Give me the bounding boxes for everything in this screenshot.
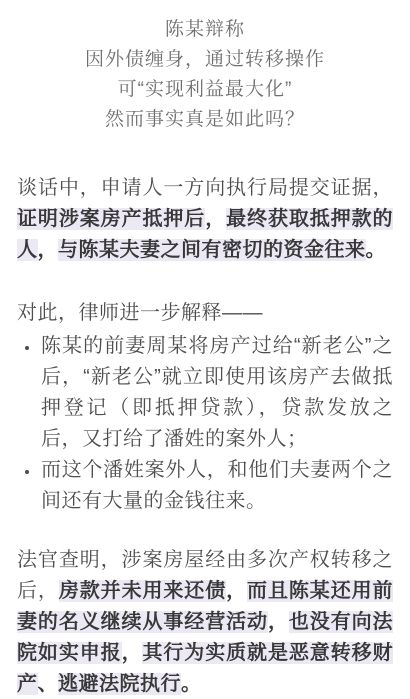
text-run-hl: 房款并未用来还债 [59,580,226,602]
intro-quote-line: 陈某辩称 [17,15,393,45]
text-run-bold: ， [38,239,59,261]
text-run-normal: 谈话中，申请人一方向执行局提交证据， [17,177,393,199]
list-item: 陈某的前妻周某将房产过给“新老公”之后，“新老公”就立即使用该房产去做抵押登记（… [40,331,393,455]
text-run-bold: 。 [181,673,202,695]
intro-quote-line: 然而事实真是如此吗？ [17,105,393,135]
intro-quote-line: 可“实现利益最大化” [17,75,393,105]
text-run-bold: ， [205,208,226,230]
text-run-bold: 。 [366,239,387,261]
article-body: 陈某辩称 因外债缠身，通过转移操作 可“实现利益最大化” 然而事实真是如此吗？ … [0,0,410,699]
text-run-hl: 与陈某夫妻之间有密切的资金往来 [58,239,366,261]
text-run-bold: ， [122,642,143,664]
text-run-bold: 、 [38,673,59,695]
paragraph-lawyer-intro: 对此，律师进一步解释—— [17,298,393,329]
text-run-bold: ， [226,580,247,602]
text-run-bold: ， [268,611,289,633]
bullet-list: 陈某的前妻周某将房产过给“新老公”之后，“新老公”就立即使用该房产去做抵押登记（… [17,331,393,517]
text-run-hl: 证明涉案房产抵押后 [17,208,205,230]
intro-quote-line: 因外债缠身，通过转移操作 [17,45,393,75]
paragraph-judge-finding: 法官查明，涉案房屋经由多次产权转移之后，房款并未用来还债，而且陈某还用前妻的名义… [17,545,393,699]
list-item: 而这个潘姓案外人，和他们夫妻两个之间还有大量的金钱往来。 [40,455,393,517]
intro-quote: 陈某辩称 因外债缠身，通过转移操作 可“实现利益最大化” 然而事实真是如此吗？ [17,15,393,135]
paragraph-evidence: 谈话中，申请人一方向执行局提交证据，证明涉案房产抵押后，最终获取抵押款的人，与陈… [17,173,393,266]
text-run-hl: 逃避法院执行 [58,673,181,695]
